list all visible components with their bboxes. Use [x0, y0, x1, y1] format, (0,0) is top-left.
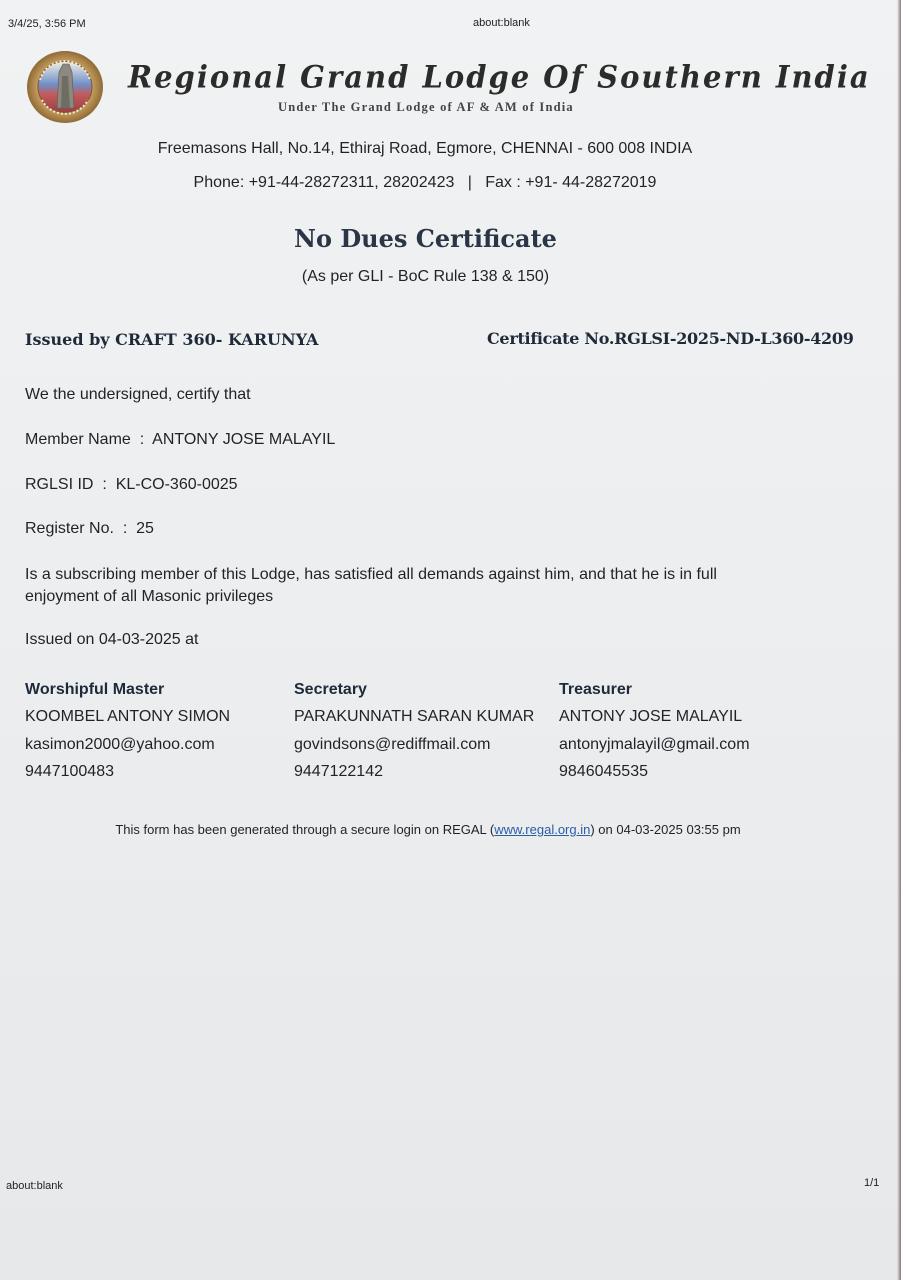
signatory-phone: 9447122142 [294, 763, 534, 791]
issued-on: Issued on 04-03-2025 at [25, 631, 198, 649]
signatory-name: PARAKUNNATH SARAN KUMAR [294, 708, 534, 736]
generation-note-suffix: ) on 04-03-2025 03:55 pm [590, 822, 740, 837]
print-datetime: 3/4/25, 3:56 PM [8, 18, 86, 30]
signatory-email: antonyjmalayil@gmail.com [559, 736, 750, 763]
certificate-title: No Dues Certificate [0, 224, 851, 253]
issued-by: Issued by CRAFT 360- KARUNYA [25, 330, 318, 349]
member-name: Member Name : ANTONY JOSE MALAYIL [25, 431, 335, 449]
signatory-email: kasimon2000@yahoo.com [25, 736, 230, 763]
certification-statement: Is a subscribing member of this Lodge, h… [25, 564, 785, 608]
signatory-worshipful-master: Worshipful Master KOOMBEL ANTONY SIMON k… [25, 681, 230, 791]
regal-website-link[interactable]: www.regal.org.in [494, 822, 590, 837]
signatory-name: ANTONY JOSE MALAYIL [559, 708, 750, 736]
org-name: Regional Grand Lodge Of Southern India [128, 59, 778, 95]
print-page-count: 1/1 [864, 1177, 879, 1189]
paper-edge-shadow [897, 0, 901, 1280]
intro-text: We the undersigned, certify that [25, 386, 251, 404]
signatory-phone: 9447100483 [25, 763, 230, 791]
print-footer-url: about:blank [6, 1180, 63, 1192]
signatory-email: govindsons@rediffmail.com [294, 736, 534, 763]
org-phone-fax: Phone: +91-44-28272311, 28202423 | Fax :… [0, 174, 850, 192]
generation-note: This form has been generated through a s… [0, 822, 856, 837]
print-header-url: about:blank [473, 17, 530, 29]
signatory-role: Secretary [294, 681, 534, 708]
signatory-treasurer: Treasurer ANTONY JOSE MALAYIL antonyjmal… [559, 681, 750, 791]
register-number: Register No. : 25 [25, 520, 154, 538]
signatory-role: Worshipful Master [25, 681, 230, 708]
signatory-name: KOOMBEL ANTONY SIMON [25, 708, 230, 736]
signatory-phone: 9846045535 [559, 763, 750, 791]
lodge-seal-icon [26, 50, 104, 124]
org-subtitle: Under The Grand Lodge of AF & AM of Indi… [278, 100, 574, 115]
certificate-number: Certificate No.RGLSI-2025-ND-L360-4209 [487, 329, 854, 348]
signatory-role: Treasurer [559, 681, 750, 708]
generation-note-prefix: This form has been generated through a s… [115, 822, 494, 837]
certificate-subtitle: (As per GLI - BoC Rule 138 & 150) [0, 268, 851, 286]
org-address: Freemasons Hall, No.14, Ethiraj Road, Eg… [0, 140, 850, 158]
signatory-secretary: Secretary PARAKUNNATH SARAN KUMAR govind… [294, 681, 534, 791]
rglsi-id: RGLSI ID : KL-CO-360-0025 [25, 476, 238, 494]
